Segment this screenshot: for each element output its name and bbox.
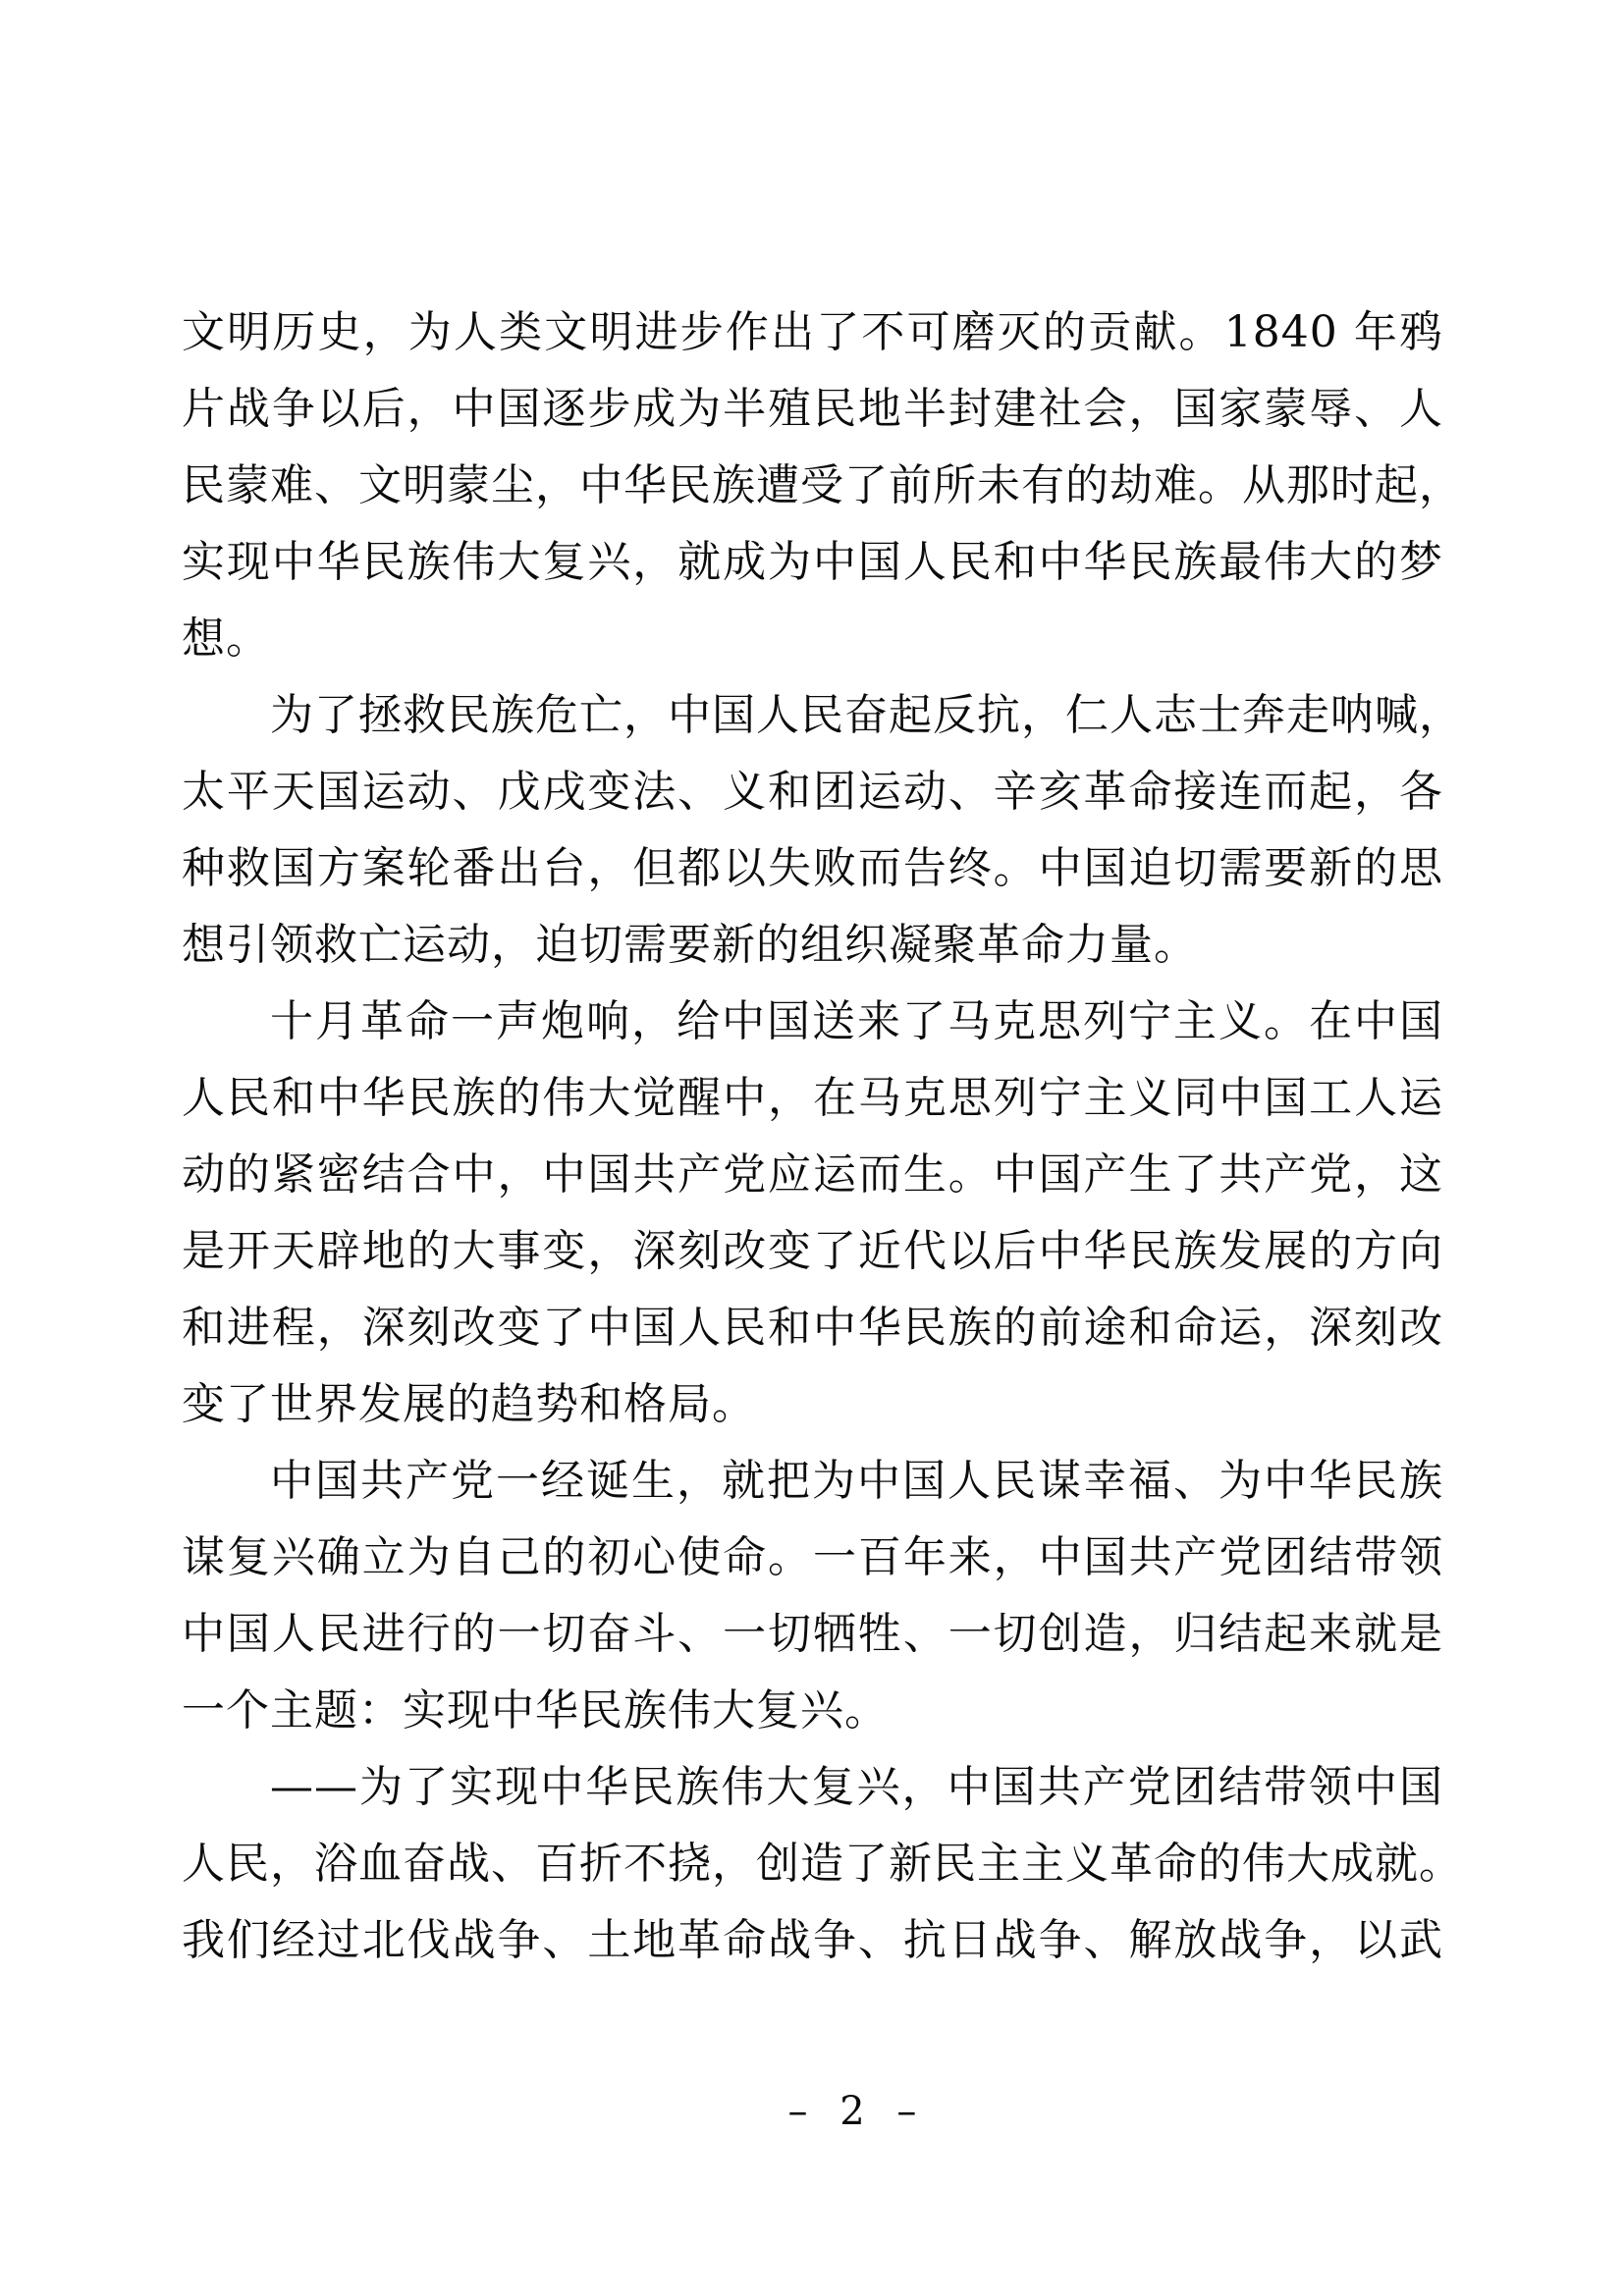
text-line: 民蒙难、文明蒙尘，中华民族遭受了前所未有的劫难。从那时起， [182,448,1443,524]
text-line: 谋复兴确立为自己的初心使命。一百年来，中国共产党团结带领 [182,1520,1443,1596]
text-line: 文明历史，为人类文明进步作出了不可磨灭的贡献。1840 年鸦 [182,294,1443,371]
text-line: 人民，浴血奋战、百折不挠，创造了新民主主义革命的伟大成就。 [182,1826,1443,1902]
text-line: 人民和中华民族的伟大觉醒中，在马克思列宁主义同中国工人运 [182,1060,1443,1137]
text-line: 实现中华民族伟大复兴，就成为中国人民和中华民族最伟大的梦 [182,524,1443,601]
text-line: 动的紧密结合中，中国共产党应运而生。中国产生了共产党，这 [182,1137,1443,1213]
document-page: 文明历史，为人类文明进步作出了不可磨灭的贡献。1840 年鸦片战争以后，中国逐步… [0,0,1624,2296]
text-line: 为了拯救民族危亡，中国人民奋起反抗，仁人志士奔走呐喊， [182,677,1443,754]
document-body: 文明历史，为人类文明进步作出了不可磨灭的贡献。1840 年鸦片战争以后，中国逐步… [182,294,1443,1979]
text-line: 片战争以后，中国逐步成为半殖民地半封建社会，国家蒙辱、人 [182,371,1443,448]
text-line: 太平天国运动、戊戌变法、义和团运动、辛亥革命接连而起，各 [182,754,1443,830]
text-line: 十月革命一声炮响，给中国送来了马克思列宁主义。在中国 [182,984,1443,1060]
text-line: 中国人民进行的一切奋斗、一切牺牲、一切创造，归结起来就是 [182,1596,1443,1673]
text-line: 种救国方案轮番出台，但都以失败而告终。中国迫切需要新的思 [182,830,1443,907]
text-line: 和进程，深刻改变了中国人民和中华民族的前途和命运，深刻改 [182,1290,1443,1366]
text-line: ——为了实现中华民族伟大复兴，中国共产党团结带领中国 [182,1749,1443,1826]
page-footer: – 2 – [0,2089,1624,2134]
text-line: 想引领救亡运动，迫切需要新的组织凝聚革命力量。 [182,907,1443,984]
text-line: 一个主题：实现中华民族伟大复兴。 [182,1673,1443,1749]
page-number: – 2 – [788,2089,927,2134]
text-line: 是开天辟地的大事变，深刻改变了近代以后中华民族发展的方向 [182,1213,1443,1290]
text-line: 我们经过北伐战争、土地革命战争、抗日战争、解放战争，以武 [182,1902,1443,1979]
text-line: 中国共产党一经诞生，就把为中国人民谋幸福、为中华民族 [182,1443,1443,1520]
text-line: 变了世界发展的趋势和格局。 [182,1366,1443,1443]
text-line: 想。 [182,601,1443,677]
